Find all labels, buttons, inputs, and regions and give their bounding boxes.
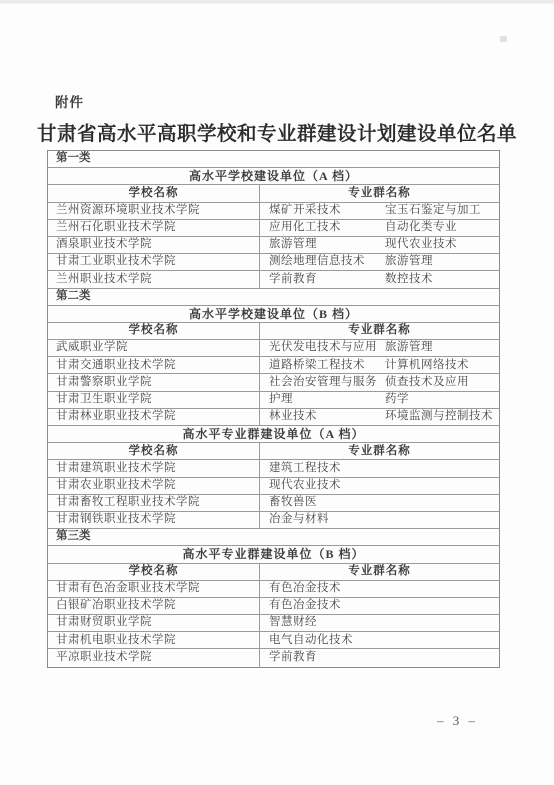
school-name: 甘肃卫生职业学院 <box>48 394 152 406</box>
group-header-row: 高水平学校建设单位（A 档） <box>48 168 499 185</box>
group-header-label: 高水平学校建设单位（B 档） <box>189 308 358 320</box>
table-row: 白银矿冶职业技术学院 有色冶金技术 <box>48 598 499 615</box>
table-row: 甘肃钢铁职业技术学院 冶金与材料 <box>48 512 499 529</box>
document-page: 附件 甘肃省高水平高职学校和专业群建设计划建设单位名单 第一类 高水平学校建设单… <box>0 0 554 785</box>
school-cell: 甘肃农业职业技术学院 <box>48 478 260 494</box>
page-number: – 3 – <box>437 713 478 729</box>
column-header-row: 学校名称 专业群名称 <box>48 564 499 581</box>
specialty-primary: 冶金与材料 <box>260 514 329 526</box>
group-column-header-cell: 专业群名称 <box>260 564 499 580</box>
school-name: 兰州职业技术学院 <box>48 274 152 286</box>
category-label: 第三类 <box>56 531 91 543</box>
school-name: 甘肃建筑职业技术学院 <box>48 463 176 475</box>
specialty-secondary: 自动化类专业 <box>385 222 457 234</box>
specialty-cell: 林业技术 环境监测与控制技术 <box>260 409 499 425</box>
school-cell: 白银矿冶职业技术学院 <box>48 598 260 614</box>
specialty-primary: 学前教育 <box>260 652 317 664</box>
specialty-primary: 畜牧兽医 <box>260 497 317 509</box>
school-cell: 甘肃机电职业技术学院 <box>48 632 260 648</box>
school-column-header-cell: 学校名称 <box>48 564 260 580</box>
specialty-secondary: 旅游管理 <box>385 342 433 354</box>
page-title: 甘肃省高水平高职学校和专业群建设计划建设单位名单 <box>0 118 554 146</box>
table-row: 甘肃交通职业技术学院 道路桥梁工程技术 计算机网络技术 <box>48 357 499 374</box>
school-name: 酒泉职业技术学院 <box>48 239 152 251</box>
column-header-row: 学校名称 专业群名称 <box>48 185 499 202</box>
table-row: 兰州资源环境职业技术学院 煤矿开采技术 宝玉石鉴定与加工 <box>48 203 499 220</box>
specialty-primary: 有色冶金技术 <box>260 600 341 612</box>
school-name: 甘肃钢铁职业技术学院 <box>48 514 176 526</box>
school-name: 兰州石化职业技术学院 <box>48 222 176 234</box>
specialty-primary: 社会治安管理与服务 <box>260 377 377 389</box>
specialty-primary: 智慧财经 <box>260 617 317 629</box>
school-cell: 酒泉职业技术学院 <box>48 237 260 253</box>
school-cell: 甘肃卫生职业学院 <box>48 392 260 408</box>
school-name: 兰州资源环境职业技术学院 <box>48 205 200 217</box>
school-name: 白银矿冶职业技术学院 <box>48 600 176 612</box>
school-cell: 兰州资源环境职业技术学院 <box>48 203 260 219</box>
specialty-secondary: 宝玉石鉴定与加工 <box>385 205 481 217</box>
school-name: 甘肃交通职业技术学院 <box>48 360 176 372</box>
school-cell: 甘肃交通职业技术学院 <box>48 357 260 373</box>
school-name: 甘肃财贸职业学院 <box>48 617 152 629</box>
school-name: 甘肃机电职业技术学院 <box>48 635 176 647</box>
school-cell: 甘肃警察职业学院 <box>48 374 260 390</box>
school-cell: 平凉职业技术学院 <box>48 649 260 666</box>
school-column-header-cell: 学校名称 <box>48 443 260 459</box>
specialty-cell: 测绘地理信息技术 旅游管理 <box>260 254 499 270</box>
school-name: 甘肃工业职业技术学院 <box>48 256 176 268</box>
group-header-label: 高水平学校建设单位（A 档） <box>189 170 358 182</box>
specialty-primary: 现代农业技术 <box>260 480 341 492</box>
specialty-primary: 电气自动化技术 <box>260 635 353 647</box>
group-column-header-cell: 专业群名称 <box>260 443 499 459</box>
column-header-row: 学校名称 专业群名称 <box>48 323 499 340</box>
specialty-cell: 冶金与材料 <box>260 512 499 528</box>
school-column-header: 学校名称 <box>129 188 179 200</box>
table-row: 甘肃警察职业学院 社会治安管理与服务 侦查技术及应用 <box>48 374 499 391</box>
school-name: 甘肃有色冶金职业技术学院 <box>48 583 200 595</box>
specialty-primary: 道路桥梁工程技术 <box>260 360 365 372</box>
units-table: 第一类 高水平学校建设单位（A 档） 学校名称 专业群名称 兰州资源环境职业技术… <box>47 150 500 668</box>
specialty-primary: 有色冶金技术 <box>260 583 341 595</box>
table-row: 兰州职业技术学院 学前教育 数控技术 <box>48 271 499 288</box>
school-column-header: 学校名称 <box>129 325 179 337</box>
school-cell: 兰州职业技术学院 <box>48 271 260 287</box>
table-row: 甘肃机电职业技术学院 电气自动化技术 <box>48 632 499 649</box>
school-cell: 甘肃建筑职业技术学院 <box>48 460 260 476</box>
specialty-cell: 建筑工程技术 <box>260 460 499 476</box>
category-row: 第二类 <box>48 289 499 306</box>
specialty-secondary: 侦查技术及应用 <box>385 377 469 389</box>
table-row: 甘肃卫生职业学院 护理 药学 <box>48 392 499 409</box>
table-row: 甘肃财贸职业学院 智慧财经 <box>48 615 499 632</box>
table-row: 甘肃畜牧工程职业技术学院 畜牧兽医 <box>48 495 499 512</box>
specialty-primary: 光伏发电技术与应用 <box>260 342 377 354</box>
specialty-primary: 旅游管理 <box>260 239 317 251</box>
school-name: 甘肃畜牧工程职业技术学院 <box>48 497 200 509</box>
school-name: 甘肃农业职业技术学院 <box>48 480 176 492</box>
table-row: 酒泉职业技术学院 旅游管理 现代农业技术 <box>48 237 499 254</box>
school-column-header-cell: 学校名称 <box>48 185 260 201</box>
specialty-cell: 应用化工技术 自动化类专业 <box>260 220 499 236</box>
specialty-secondary: 旅游管理 <box>385 256 433 268</box>
group-column-header: 专业群名称 <box>348 325 411 337</box>
specialty-cell: 社会治安管理与服务 侦查技术及应用 <box>260 374 499 390</box>
school-cell: 兰州石化职业技术学院 <box>48 220 260 236</box>
school-name: 平凉职业技术学院 <box>48 652 152 664</box>
specialty-primary: 林业技术 <box>260 411 317 423</box>
specialty-primary: 学前教育 <box>260 274 317 286</box>
table-row: 甘肃农业职业技术学院 现代农业技术 <box>48 478 499 495</box>
specialty-cell: 煤矿开采技术 宝玉石鉴定与加工 <box>260 203 499 219</box>
scan-speck-artifact <box>500 36 507 42</box>
category-row: 第三类 <box>48 529 499 546</box>
group-column-header-cell: 专业群名称 <box>260 323 499 339</box>
school-column-header: 学校名称 <box>129 446 179 458</box>
specialty-primary: 测绘地理信息技术 <box>260 256 365 268</box>
school-name: 甘肃林业职业技术学院 <box>48 411 176 423</box>
specialty-cell: 电气自动化技术 <box>260 632 499 648</box>
school-cell: 甘肃钢铁职业技术学院 <box>48 512 260 528</box>
scan-edge-artifact <box>0 0 554 4</box>
school-column-header-cell: 学校名称 <box>48 323 260 339</box>
category-row: 第一类 <box>48 151 499 168</box>
group-column-header-cell: 专业群名称 <box>260 185 499 201</box>
school-name: 甘肃警察职业学院 <box>48 377 152 389</box>
specialty-primary: 护理 <box>260 394 293 406</box>
group-column-header: 专业群名称 <box>348 566 411 578</box>
specialty-cell: 学前教育 数控技术 <box>260 271 499 287</box>
school-cell: 甘肃林业职业技术学院 <box>48 409 260 425</box>
group-header-row: 高水平学校建设单位（B 档） <box>48 306 499 323</box>
specialty-secondary: 现代农业技术 <box>385 239 457 251</box>
category-label: 第二类 <box>56 291 91 303</box>
specialty-secondary: 药学 <box>385 394 409 406</box>
school-name: 武威职业学院 <box>48 342 128 354</box>
school-cell: 甘肃财贸职业学院 <box>48 615 260 631</box>
specialty-cell: 学前教育 <box>260 649 499 666</box>
column-header-row: 学校名称 专业群名称 <box>48 443 499 460</box>
specialty-cell: 光伏发电技术与应用 旅游管理 <box>260 340 499 356</box>
group-column-header: 专业群名称 <box>348 446 411 458</box>
table-row: 甘肃建筑职业技术学院 建筑工程技术 <box>48 460 499 477</box>
table-row: 甘肃林业职业技术学院 林业技术 环境监测与控制技术 <box>48 409 499 426</box>
group-header-label: 高水平专业群建设单位（A 档） <box>182 428 364 440</box>
specialty-cell: 现代农业技术 <box>260 478 499 494</box>
specialty-cell: 道路桥梁工程技术 计算机网络技术 <box>260 357 499 373</box>
category-label: 第一类 <box>56 153 91 165</box>
group-header-row: 高水平专业群建设单位（B 档） <box>48 546 499 563</box>
specialty-cell: 旅游管理 现代农业技术 <box>260 237 499 253</box>
specialty-secondary: 计算机网络技术 <box>385 360 469 372</box>
specialty-primary: 应用化工技术 <box>260 222 341 234</box>
specialty-cell: 畜牧兽医 <box>260 495 499 511</box>
specialty-cell: 智慧财经 <box>260 615 499 631</box>
table-row: 甘肃工业职业技术学院 测绘地理信息技术 旅游管理 <box>48 254 499 271</box>
group-header-row: 高水平专业群建设单位（A 档） <box>48 426 499 443</box>
specialty-cell: 护理 药学 <box>260 392 499 408</box>
specialty-primary: 煤矿开采技术 <box>260 205 341 217</box>
attachment-label: 附件 <box>55 91 84 111</box>
school-cell: 甘肃有色冶金职业技术学院 <box>48 581 260 597</box>
school-column-header: 学校名称 <box>129 566 179 578</box>
school-cell: 甘肃畜牧工程职业技术学院 <box>48 495 260 511</box>
school-cell: 甘肃工业职业技术学院 <box>48 254 260 270</box>
table-row: 兰州石化职业技术学院 应用化工技术 自动化类专业 <box>48 220 499 237</box>
specialty-secondary: 环境监测与控制技术 <box>385 411 493 423</box>
table-row: 平凉职业技术学院 学前教育 <box>48 649 499 666</box>
specialty-secondary: 数控技术 <box>385 274 433 286</box>
specialty-primary: 建筑工程技术 <box>260 463 341 475</box>
group-header-label: 高水平专业群建设单位（B 档） <box>182 548 364 560</box>
table-row: 武威职业学院 光伏发电技术与应用 旅游管理 <box>48 340 499 357</box>
school-cell: 武威职业学院 <box>48 340 260 356</box>
table-row: 甘肃有色冶金职业技术学院 有色冶金技术 <box>48 581 499 598</box>
group-column-header: 专业群名称 <box>348 188 411 200</box>
specialty-cell: 有色冶金技术 <box>260 581 499 597</box>
specialty-cell: 有色冶金技术 <box>260 598 499 614</box>
